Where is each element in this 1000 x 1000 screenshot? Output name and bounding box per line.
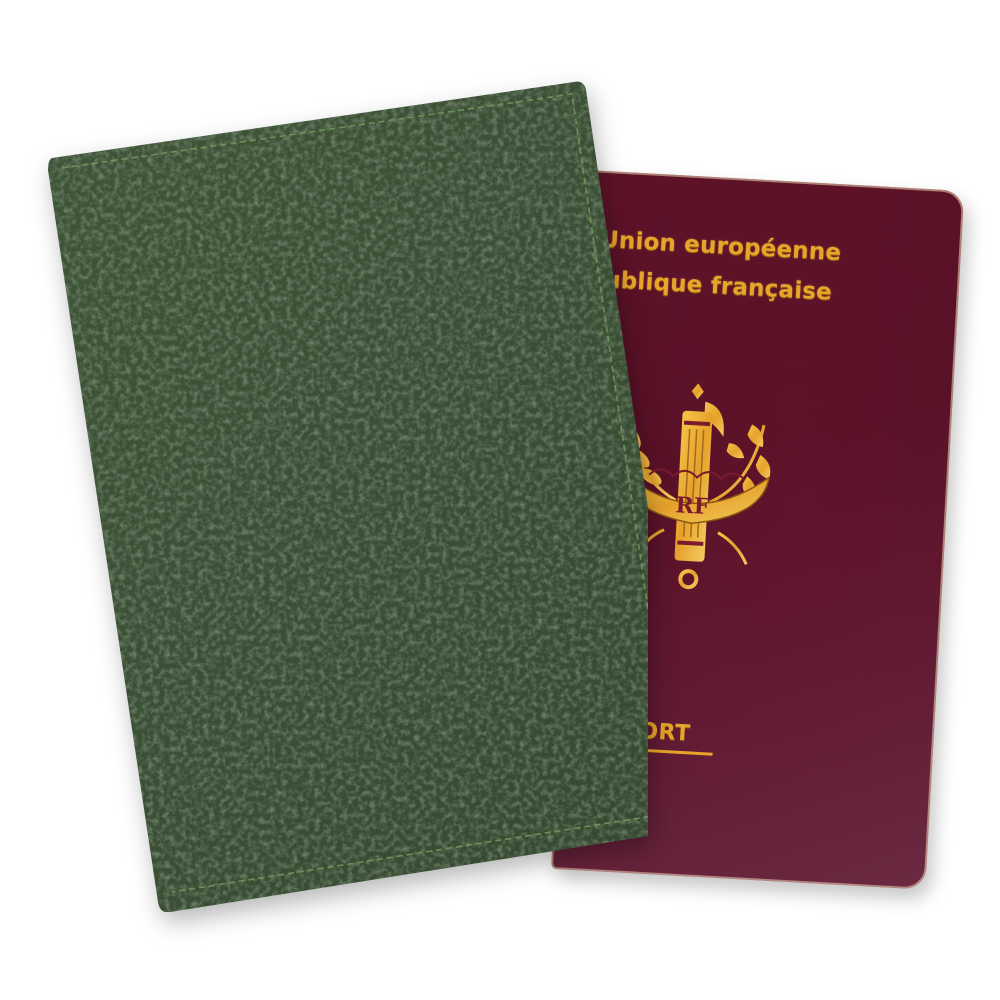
emblem-initials: RF [675,492,711,520]
leather-passport-cover [48,80,648,912]
product-photo: Union européenne République française [0,0,1000,1000]
